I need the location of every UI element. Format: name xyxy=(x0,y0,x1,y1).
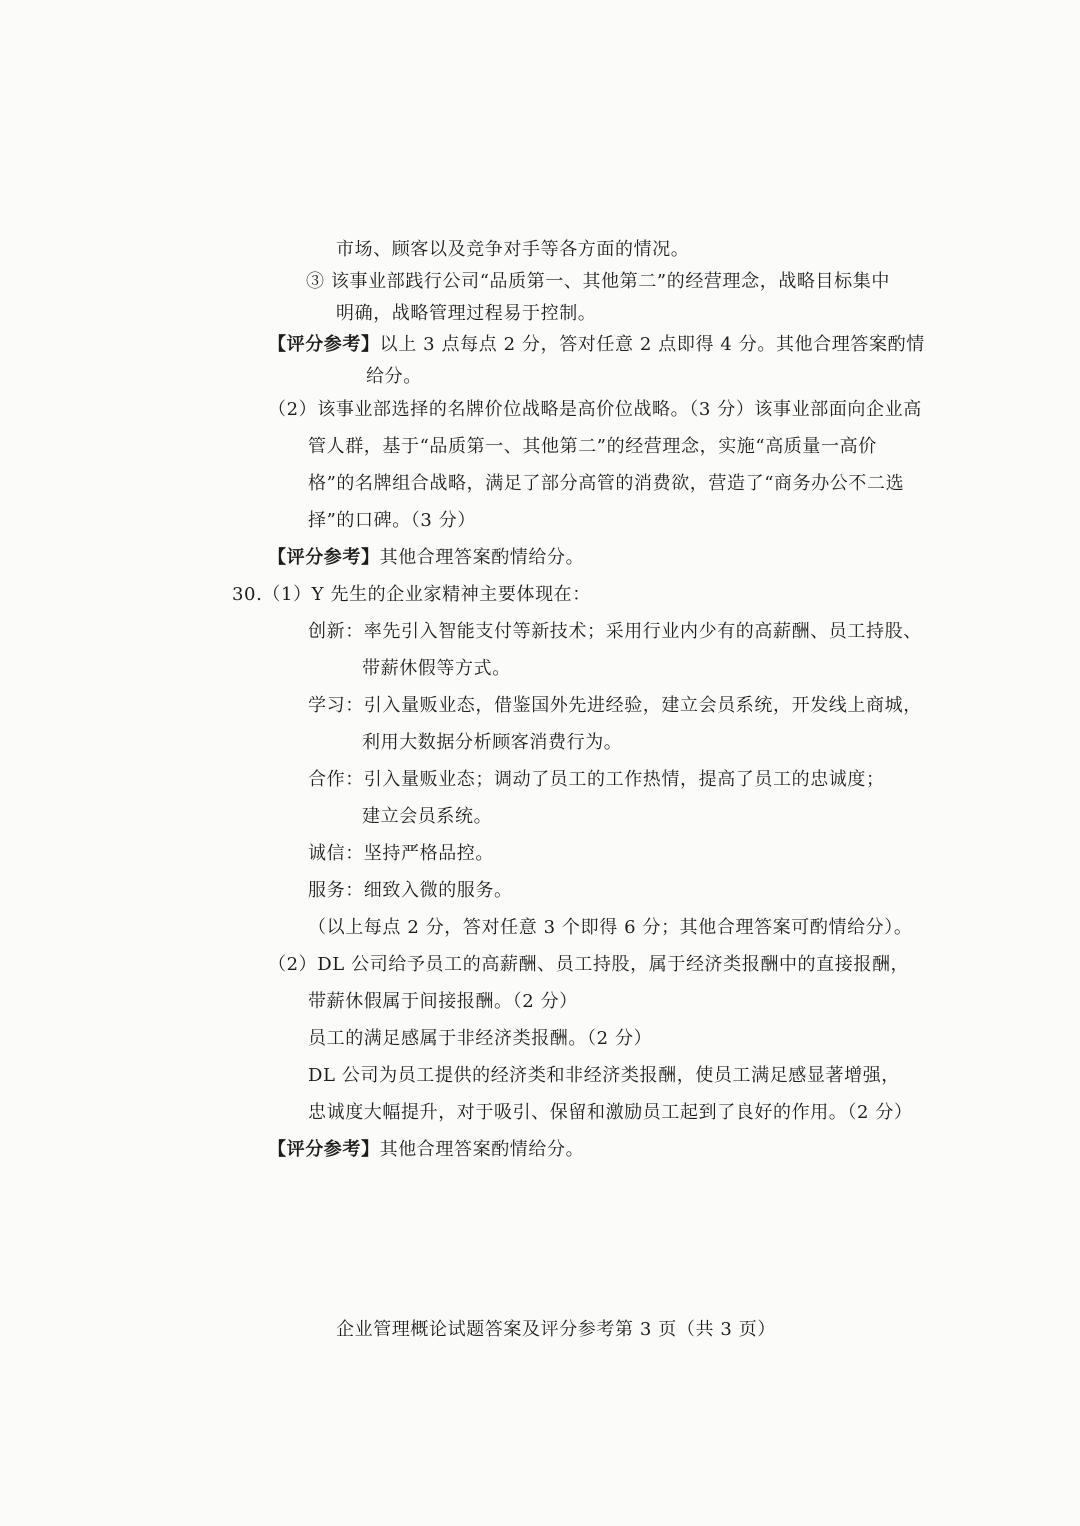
line-text: 以上 3 点每点 2 分，答对任意 2 点即得 4 分。其他合理答案酌情 xyxy=(380,334,925,355)
line-text: 建立会员系统。 xyxy=(362,806,492,827)
scoring-label: 【评分参考】 xyxy=(268,334,380,355)
scoring-note: 【评分参考】其他合理答案酌情给分。 xyxy=(268,1138,584,1162)
text-line: 带薪休假属于间接报酬。（2 分） xyxy=(308,990,578,1014)
line-text: 诚信：坚持严格品控。 xyxy=(308,843,494,864)
text-line: 员工的满足感属于非经济类报酬。（2 分） xyxy=(308,1027,652,1051)
scoring-label: 【评分参考】 xyxy=(268,1139,380,1160)
text-line: 创新：率先引入智能支付等新技术；采用行业内少有的高薪酬、员工持股、 xyxy=(308,620,922,644)
text-line: 服务：细致入微的服务。 xyxy=(308,879,513,903)
scoring-label: 【评分参考】 xyxy=(268,547,380,568)
line-text: 学习：引入量贩业态，借鉴国外先进经验，建立会员系统，开发线上商城， xyxy=(308,695,922,716)
line-text: ③ 该事业部践行公司“品质第一、其他第二”的经营理念，战略目标集中 xyxy=(306,271,890,292)
text-line: 给分。 xyxy=(366,365,422,389)
text-line: DL 公司为员工提供的经济类和非经济类报酬，使员工满足感显著增强， xyxy=(308,1064,900,1088)
text-line: 合作：引入量贩业态；调动了员工的工作热情，提高了员工的忠诚度； xyxy=(308,768,885,792)
line-text: 员工的满足感属于非经济类报酬。（2 分） xyxy=(308,1028,652,1049)
text-line: 明确，战略管理过程易于控制。 xyxy=(336,302,596,326)
text-line: 建立会员系统。 xyxy=(362,805,492,829)
line-text: 择”的口碑。（3 分） xyxy=(308,510,476,531)
text-line: 利用大数据分析顾客消费行为。 xyxy=(362,731,622,755)
text-line: 诚信：坚持严格品控。 xyxy=(308,842,494,866)
page-footer: 企业管理概论试题答案及评分参考第 3 页（共 3 页） xyxy=(336,1318,776,1342)
text-line: ③ 该事业部践行公司“品质第一、其他第二”的经营理念，战略目标集中 xyxy=(306,270,890,294)
line-text: 明确，战略管理过程易于控制。 xyxy=(336,303,596,324)
text-line: 学习：引入量贩业态，借鉴国外先进经验，建立会员系统，开发线上商城， xyxy=(308,694,922,718)
line-text: 服务：细致入微的服务。 xyxy=(308,880,513,901)
line-text: 创新：率先引入智能支付等新技术；采用行业内少有的高薪酬、员工持股、 xyxy=(308,621,922,642)
text-line: （以上每点 2 分，答对任意 3 个即得 6 分；其他合理答案可酌情给分）。 xyxy=(308,916,912,940)
line-text: 其他合理答案酌情给分。 xyxy=(380,547,585,568)
line-text: 利用大数据分析顾客消费行为。 xyxy=(362,732,622,753)
line-text: 其他合理答案酌情给分。 xyxy=(380,1139,585,1160)
line-text: 30.（1）Y 先生的企业家精神主要体现在： xyxy=(232,584,591,605)
text-line: （2）DL 公司给予员工的高薪酬、员工持股，属于经济类报酬中的直接报酬， xyxy=(268,953,909,977)
text-line: （2）该事业部选择的名牌价位战略是高价位战略。（3 分）该事业部面向企业高 xyxy=(268,398,922,422)
text-line: 管人群，基于“品质第一、其他第二”的经营理念，实施“高质量一高价 xyxy=(308,435,877,459)
text-line: 市场、顾客以及竞争对手等各方面的情况。 xyxy=(336,238,689,262)
line-text: （2）该事业部选择的名牌价位战略是高价位战略。（3 分）该事业部面向企业高 xyxy=(268,399,922,420)
line-text: DL 公司为员工提供的经济类和非经济类报酬，使员工满足感显著增强， xyxy=(308,1065,900,1086)
text-line: 30.（1）Y 先生的企业家精神主要体现在： xyxy=(232,583,591,607)
line-text: 给分。 xyxy=(366,366,422,387)
scoring-note: 【评分参考】其他合理答案酌情给分。 xyxy=(268,546,584,570)
text-line: 格”的名牌组合战略，满足了部分高管的消费欲，营造了“商务办公不二选 xyxy=(308,472,904,496)
line-text: （2）DL 公司给予员工的高薪酬、员工持股，属于经济类报酬中的直接报酬， xyxy=(268,954,909,975)
text-line: 忠诚度大幅提升，对于吸引、保留和激励员工起到了良好的作用。（2 分） xyxy=(308,1101,913,1125)
line-text: 忠诚度大幅提升，对于吸引、保留和激励员工起到了良好的作用。（2 分） xyxy=(308,1102,913,1123)
line-text: （以上每点 2 分，答对任意 3 个即得 6 分；其他合理答案可酌情给分）。 xyxy=(308,917,912,938)
text-line: 带薪休假等方式。 xyxy=(362,657,511,681)
line-text: 管人群，基于“品质第一、其他第二”的经营理念，实施“高质量一高价 xyxy=(308,436,877,457)
line-text: 市场、顾客以及竞争对手等各方面的情况。 xyxy=(336,239,689,260)
line-text: 带薪休假等方式。 xyxy=(362,658,511,679)
scoring-note: 【评分参考】以上 3 点每点 2 分，答对任意 2 点即得 4 分。其他合理答案… xyxy=(268,333,925,357)
line-text: 合作：引入量贩业态；调动了员工的工作热情，提高了员工的忠诚度； xyxy=(308,769,885,790)
text-line: 择”的口碑。（3 分） xyxy=(308,509,476,533)
line-text: 格”的名牌组合战略，满足了部分高管的消费欲，营造了“商务办公不二选 xyxy=(308,473,904,494)
line-text: 带薪休假属于间接报酬。（2 分） xyxy=(308,991,578,1012)
